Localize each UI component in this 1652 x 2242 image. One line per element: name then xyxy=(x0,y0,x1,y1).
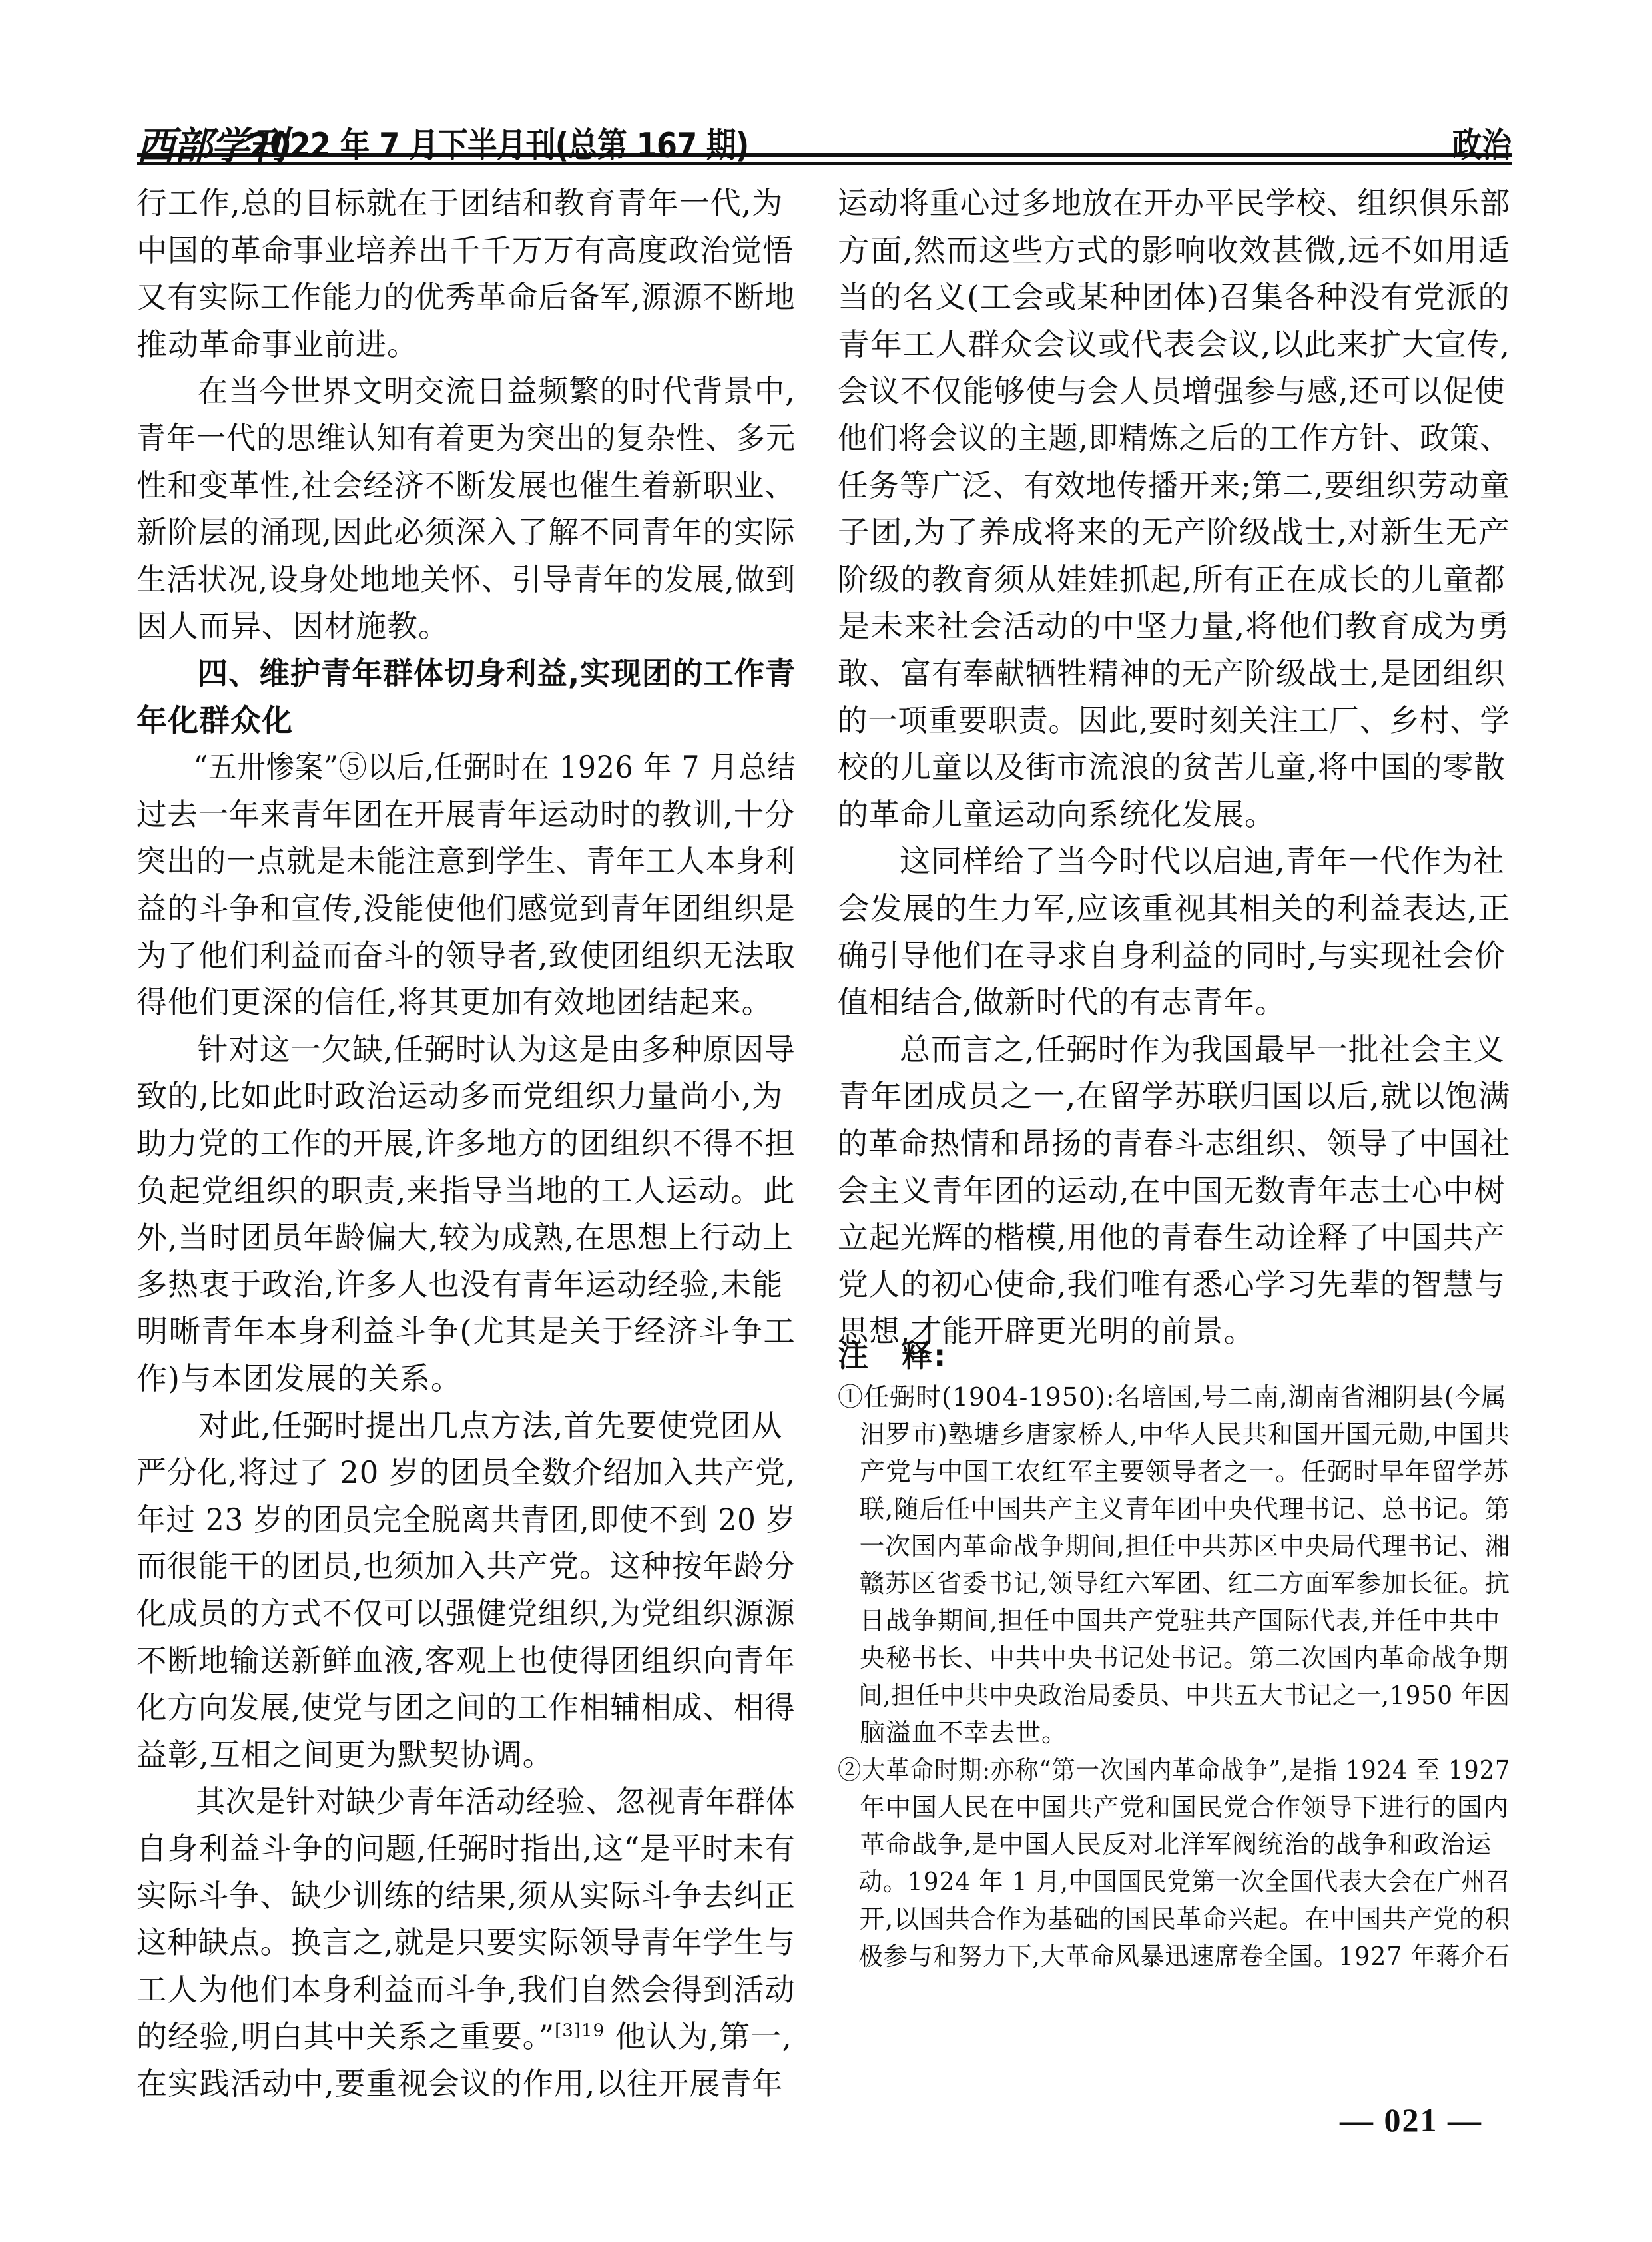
body-text-line: 为了他们利益而奋斗的领导者,致使团组织无法取 xyxy=(137,932,796,979)
body-text-line: 的革命儿童运动向系统化发展。 xyxy=(838,791,1276,838)
body-text-line: 中国的革命事业培养出千千万万有高度政治觉悟 xyxy=(137,227,794,274)
body-text-line: 这同样给了当今时代以启迪,青年一代作为社 xyxy=(838,838,1505,884)
issue-info: 2022 年 7 月下半月刊(总第 167 期) xyxy=(250,117,749,167)
body-text-line: 在实践活动中,要重视会议的作用,以往开展青年 xyxy=(137,2060,783,2107)
footnote-line: 极参与和努力下,大革命风暴迅速席卷全国。1927 年蒋介石 xyxy=(838,1938,1510,1975)
body-text-line: 明晰青年本身利益斗争(尤其是关于经济斗争工 xyxy=(137,1308,796,1354)
body-text-line: 在当今世界文明交流日益频繁的时代背景中, xyxy=(137,368,796,414)
section-heading-line: 年化群众化 xyxy=(137,697,293,744)
body-text-line: 任务等广泛、有效地传播开来;第二,要组织劳动童 xyxy=(838,462,1510,509)
body-text-line: 会发展的生力军,应该重视其相关的利益表达,正 xyxy=(838,885,1510,932)
body-text-line: 新阶层的涌现,因此必须深入了解不同青年的实际 xyxy=(137,509,796,555)
body-text-line: 其次是针对缺少青年活动经验、忽视青年群体 xyxy=(137,1778,796,1824)
body-text-line: 突出的一点就是未能注意到学生、青年工人本身利 xyxy=(137,838,796,884)
body-text-line: 会议不仅能够使与会人员增强参与感,还可以促使 xyxy=(838,368,1506,414)
footnote-line: 产党与中国工农红军主要领导者之一。任弼时早年留学苏 xyxy=(838,1453,1509,1490)
body-text-line: 实际斗争、缺少训练的结果,须从实际斗争去纠正 xyxy=(137,1872,796,1919)
footnote-line: 间,担任中共中央政治局委员、中共五大书记之一,1950 年因 xyxy=(838,1677,1510,1714)
body-text-line: 的革命热情和昂扬的青春斗志组织、领导了中国社 xyxy=(838,1120,1510,1167)
body-text-line: 的一项重要职责。因此,要时刻关注工厂、乡村、学 xyxy=(838,697,1510,744)
body-text-line: 工人为他们本身利益而斗争,我们自然会得到活动 xyxy=(137,1966,796,2013)
body-text-line: 得他们更深的信任,将其更加有效地团结起来。 xyxy=(137,979,773,1025)
body-text-line: 值相结合,做新时代的有志青年。 xyxy=(838,979,1286,1025)
body-text-line: 子团,为了养成将来的无产阶级战士,对新生无产 xyxy=(838,509,1510,555)
body-text-line: 青年一代的思维认知有着更为突出的复杂性、多元 xyxy=(137,415,796,461)
body-text-line: 的经验,明白其中关系之重要。”[3]19 他认为,第一, xyxy=(137,2013,792,2060)
footnote-line: 革命战争,是中国人民反对北洋军阀统治的战争和政治运 xyxy=(838,1826,1492,1863)
body-text-line: 性和变革性,社会经济不断发展也催生着新职业、 xyxy=(137,462,796,509)
body-text-line: 因人而异、因材施教。 xyxy=(137,603,449,649)
body-text-line: 这种缺点。换言之,就是只要实际领导青年学生与 xyxy=(137,1919,796,1966)
body-text-line: 益彰,互相之间更为默契协调。 xyxy=(137,1731,554,1778)
body-text-line: 校的儿童以及街市流浪的贫苦儿童,将中国的零散 xyxy=(838,744,1506,790)
body-text-line: “五卅惨案”⑤以后,任弼时在 1926 年 7 月总结 xyxy=(137,744,796,790)
body-text-line: 方面,然而这些方式的影响收效甚微,远不如用适 xyxy=(838,227,1510,274)
body-text-line: 自身利益斗争的问题,任弼时指出,这“是平时未有 xyxy=(137,1825,796,1872)
body-text-line: 又有实际工作能力的优秀革命后备军,源源不断地 xyxy=(137,274,796,320)
footnote-line: 央秘书长、中共中央书记处书记。第二次国内革命战争期 xyxy=(838,1639,1509,1677)
body-text-line: 外,当时团员年龄偏大,较为成熟,在思想上行动上 xyxy=(137,1214,794,1261)
body-text-line: 会主义青年团的运动,在中国无数青年志士心中树 xyxy=(838,1167,1506,1214)
body-text-line: 行工作,总的目标就在于团结和教育青年一代,为 xyxy=(137,180,783,226)
body-text-line: 化成员的方式不仅可以强健党组织,为党组织源源 xyxy=(137,1590,796,1637)
body-text-line: 党人的初心使命,我们唯有悉心学习先辈的智慧与 xyxy=(838,1261,1506,1308)
body-text-line: 当的名义(工会或某种团体)召集各种没有党派的 xyxy=(838,274,1510,320)
citation-marker: [3]19 xyxy=(555,2021,605,2041)
body-text-line: 严分化,将过了 20 岁的团员全数介绍加入共产党, xyxy=(137,1449,796,1496)
body-text-line: 针对这一欠缺,任弼时认为这是由多种原因导 xyxy=(137,1026,796,1073)
body-text-line: 青年团成员之一,在留学苏联归国以后,就以饱满 xyxy=(838,1073,1510,1119)
body-text-line: 不断地输送新鲜血液,客观上也使得团组织向青年 xyxy=(137,1637,796,1684)
body-text-line: 敢、富有奉献牺牲精神的无产阶级战士,是团组织 xyxy=(838,650,1506,697)
notes-title: 注 释: xyxy=(838,1332,947,1376)
footnote-line: 脑溢血不幸去世。 xyxy=(838,1714,1067,1751)
body-text-line: 作)与本团发展的关系。 xyxy=(137,1355,462,1402)
footnote-line: 赣苏区省委书记,领导红六军团、红二方面军参加长征。抗 xyxy=(838,1565,1510,1602)
body-text-line: 而很能干的团员,也须加入共产党。这种按年龄分 xyxy=(137,1543,796,1589)
body-text-line: 是未来社会活动的中坚力量,将他们教育成为勇 xyxy=(838,603,1510,649)
footnote-line: 动。1924 年 1 月,中国国民党第一次全国代表大会在广州召 xyxy=(838,1863,1510,1900)
footnote-line: 日战争期间,担任中国共产党驻共产国际代表,并任中共中 xyxy=(838,1602,1500,1639)
body-text-line: 对此,任弼时提出几点方法,首先要使党团从 xyxy=(137,1402,782,1449)
footnote-line: 一次国内革命战争期间,担任中共苏区中央局代理书记、湘 xyxy=(838,1528,1510,1565)
body-text-line: 多热衷于政治,许多人也没有青年运动经验,未能 xyxy=(137,1261,783,1308)
body-text-line: 益的斗争和宣传,没能使他们感觉到青年团组织是 xyxy=(137,885,796,932)
body-text-line: 助力党的工作的开展,许多地方的团组织不得不担 xyxy=(137,1120,796,1167)
footnote-line: 年中国人民在中国共产党和国民党合作领导下进行的国内 xyxy=(838,1789,1509,1826)
footnote-line: 联,随后任中国共产主义青年团中央代理书记、总书记。第 xyxy=(838,1490,1510,1528)
running-header: 西部学刊 2022 年 7 月下半月刊(总第 167 期) 政治 xyxy=(137,100,1512,173)
footnote-line: ①任弼时(1904-1950):名培国,号二南,湖南省湘阴县(今属 xyxy=(838,1378,1507,1416)
body-text-line: 阶级的教育须从娃娃抓起,所有正在成长的儿童都 xyxy=(838,556,1506,603)
body-text-line: 年过 23 岁的团员完全脱离共青团,即使不到 20 岁 xyxy=(137,1496,796,1543)
body-text-line: 运动将重心过多地放在开办平民学校、组织俱乐部 xyxy=(838,180,1510,226)
header-rule-thick xyxy=(137,153,1512,157)
body-text-line: 致的,比如此时政治运动多而党组织力量尚小,为 xyxy=(137,1073,783,1119)
body-text-line: 化方向发展,使党与团之间的工作相辅相成、相得 xyxy=(137,1684,796,1731)
page-number: — 021 — xyxy=(1340,2101,1482,2139)
body-text-line: 生活状况,设身处地地关怀、引导青年的发展,做到 xyxy=(137,556,796,603)
footnote-line: 开,以国共合作为基础的国民革命兴起。在中国共产党的积 xyxy=(838,1900,1510,1938)
section-label: 政治 xyxy=(1452,117,1512,167)
body-text-line: 确引导他们在寻求自身利益的同时,与实现社会价 xyxy=(838,932,1506,979)
body-text-line: 过去一年来青年团在开展青年运动时的教训,十分 xyxy=(137,791,796,838)
body-text-line: 推动革命事业前进。 xyxy=(137,321,418,368)
footnote-line: 汨罗市)塾塘乡唐家桥人,中华人民共和国开国元勋,中国共 xyxy=(838,1416,1510,1453)
body-text-line: 立起光辉的楷模,用他的青春生动诠释了中国共产 xyxy=(838,1214,1506,1261)
body-text-line: 他们将会议的主题,即精炼之后的工作方针、政策、 xyxy=(838,415,1510,461)
header-rule-thin xyxy=(137,162,1512,165)
section-heading-line: 四、维护青年群体切身利益,实现团的工作青 xyxy=(137,650,796,697)
body-text-line: 负起党组织的职责,来指导当地的工人运动。此 xyxy=(137,1167,796,1214)
body-text-line: 总而言之,任弼时作为我国最早一批社会主义 xyxy=(838,1026,1505,1073)
footnote-line: ②大革命时期:亦称“第一次国内革命战争”,是指 1924 至 1927 xyxy=(838,1751,1510,1789)
body-text-line: 青年工人群众会议或代表会议,以此来扩大宣传, xyxy=(838,321,1510,368)
